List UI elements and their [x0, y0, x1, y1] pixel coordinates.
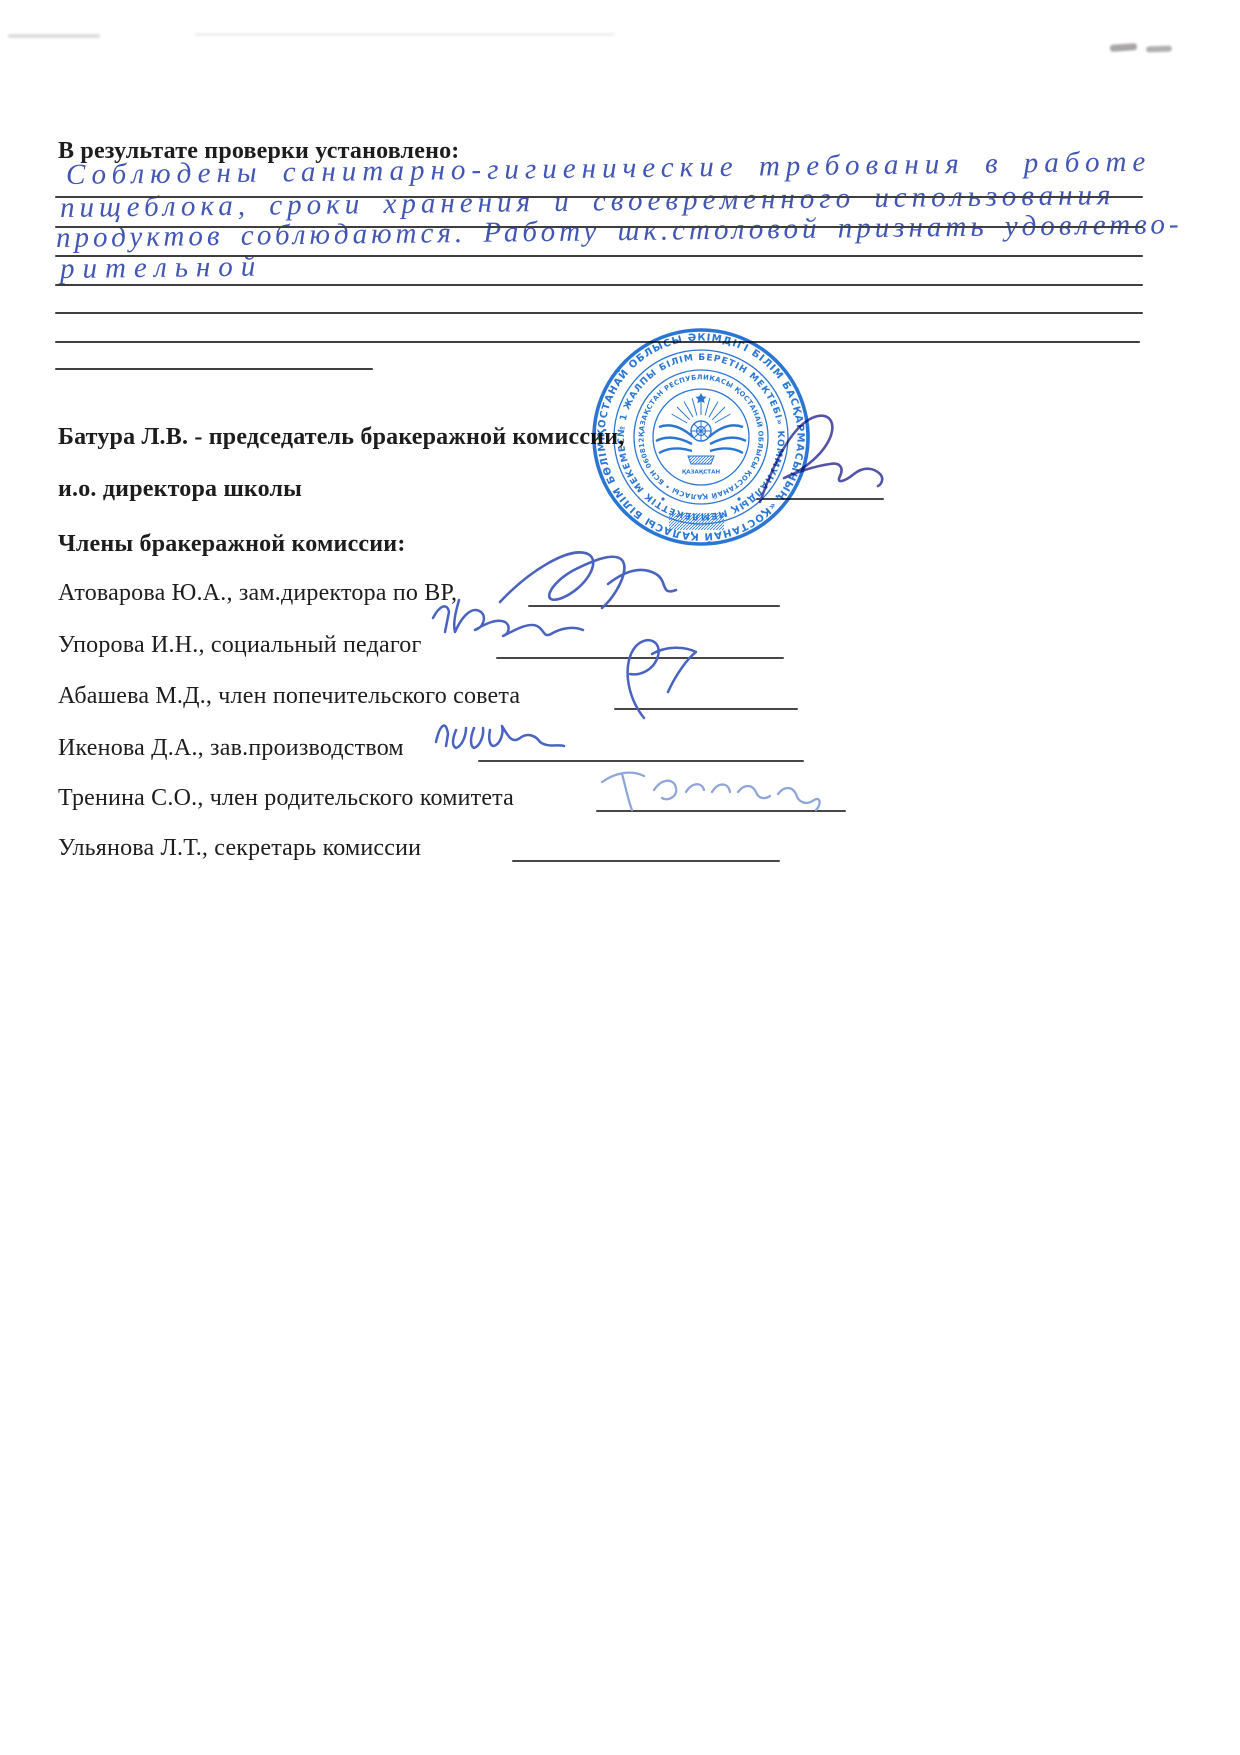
chairman-title-line: Батура Л.В. - председатель бракеражной к…	[58, 424, 624, 451]
scanned-document-page: В результате проверки установлено: Соблю…	[0, 0, 1240, 1755]
kazakhstan-emblem-icon: ҚАЗАҚСТАН	[656, 393, 746, 476]
members-heading: Члены бракеражной комиссии:	[58, 531, 406, 558]
member-signature-line-6	[512, 860, 780, 862]
stamp-separator-dot-left	[661, 497, 664, 500]
emblem-banner-label: ҚАЗАҚСТАН	[682, 470, 721, 476]
ruled-line-4	[55, 284, 1143, 286]
scan-smudge-top-right-2	[1146, 46, 1172, 53]
member-signature-abasheva	[608, 634, 720, 722]
chairman-role-line: и.о. директора школы	[58, 476, 302, 503]
stamp-registration-block	[669, 513, 724, 530]
member-signature-trenina	[592, 760, 830, 820]
official-round-stamp: ҚОСТАНАЙ ОБЛЫСЫ ӘКІМДІГІ БІЛІМ БАСҚАРМАС…	[590, 326, 812, 548]
member-signature-ikenova	[428, 700, 570, 760]
ruled-line-5	[55, 312, 1143, 314]
member-row-label: Упорова И.Н., социальный педагог	[58, 632, 422, 659]
member-row-label: Тренина С.О., член родительского комитет…	[58, 785, 514, 812]
scan-smudge-top-left	[8, 34, 100, 38]
member-row-label: Атоварова Ю.А., зам.директора по ВР,	[58, 580, 457, 607]
scan-smudge-top-right-1	[1110, 43, 1137, 52]
stamp-separator-dot-right	[737, 497, 740, 500]
member-row-label: Икенова Д.А., зав.производством	[58, 735, 404, 762]
scan-smudge-top-center	[195, 33, 615, 36]
member-row-label: Ульянова Л.Т., секретарь комиссии	[58, 835, 421, 862]
member-signature-uporova	[425, 586, 597, 650]
ruled-line-short	[55, 368, 373, 370]
